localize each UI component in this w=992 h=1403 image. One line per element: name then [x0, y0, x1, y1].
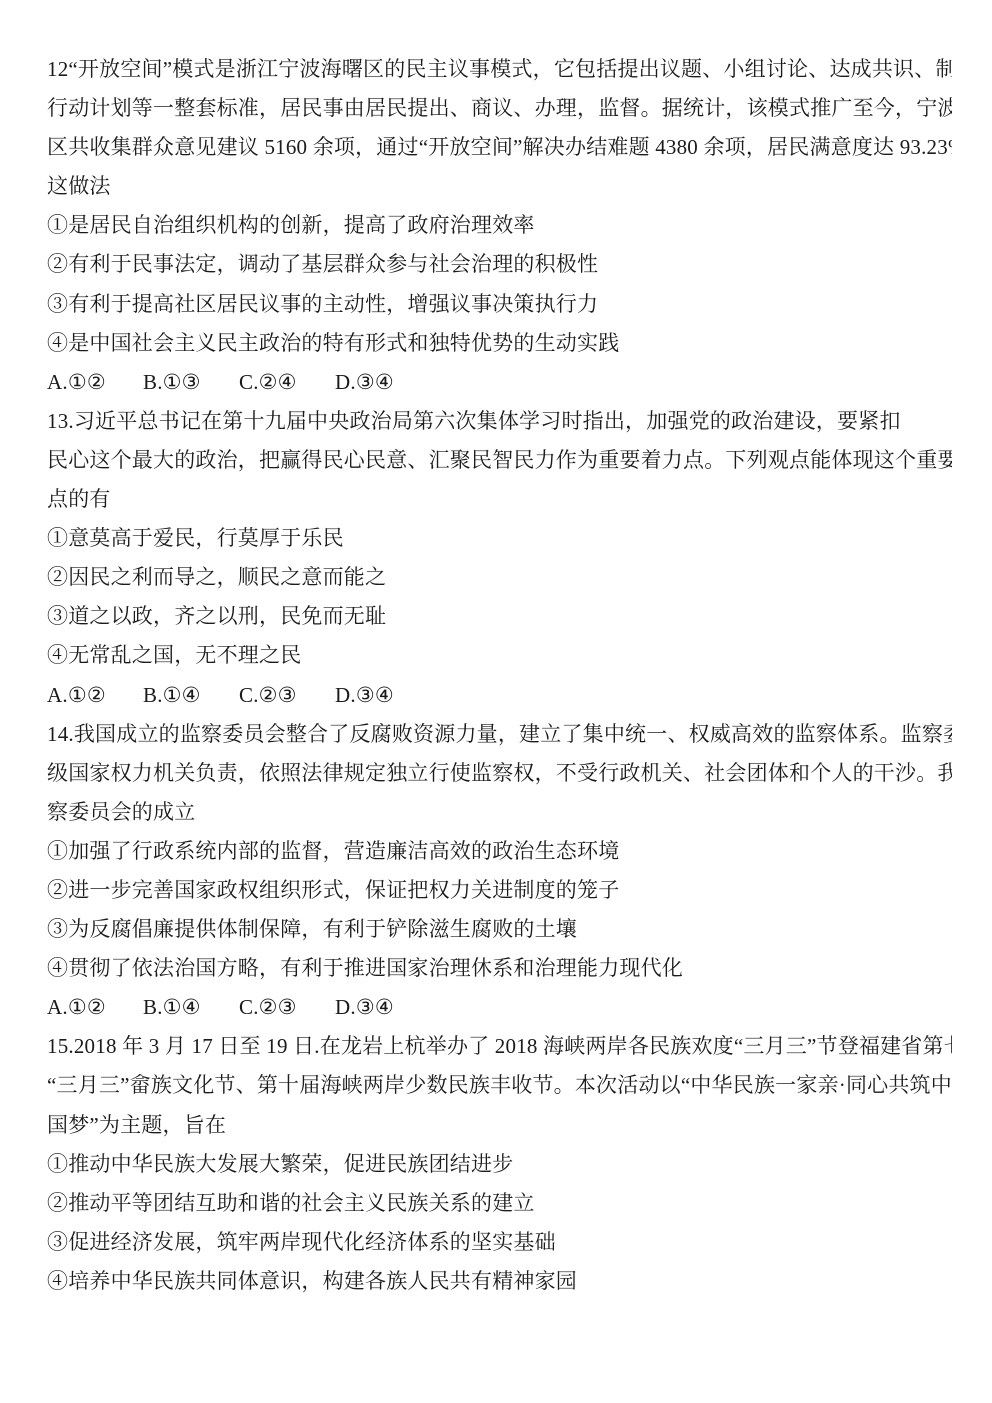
q13-choice-d: D.③④: [335, 676, 431, 715]
q12-choice-d: D.③④: [335, 363, 431, 402]
question-14: 14.我国成立的监察委员会整合了反腐败资源力量，建立了集中统一、权威高效的监察体…: [47, 715, 952, 1028]
q13-statement-1: ①意莫高于爱民，行莫厚于乐民: [47, 519, 952, 558]
q14-choice-c: C.②③: [239, 988, 335, 1027]
q15-statement-1: ①推动中华民族大发展大繁荣，促进民族团结进步: [47, 1145, 952, 1184]
q13-stem-line-2: 民心这个最大的政治，把赢得民心民意、汇聚民智民力作为重要着力点。下列观点能体现这…: [47, 441, 952, 480]
q14-statement-3: ③为反腐倡廉提供体制保障，有利于铲除滋生腐败的土壤: [47, 910, 952, 949]
q15-stem-line-3: 国梦”为主题，旨在: [47, 1106, 952, 1145]
question-13: 13.习近平总书记在第十九届中央政治局第六次集体学习时指出，加强党的政治建设，要…: [47, 402, 952, 715]
q14-statement-4: ④贯彻了依法治国方略，有利于推进国家治理休系和治理能力现代化: [47, 949, 952, 988]
q13-choice-c: C.②③: [239, 676, 335, 715]
q13-statement-2: ②因民之利而导之，顺民之意而能之: [47, 558, 952, 597]
q13-stem-line-1: 13.习近平总书记在第十九届中央政治局第六次集体学习时指出，加强党的政治建设，要…: [47, 402, 952, 441]
q14-statement-1: ①加强了行政系统内部的监督，营造廉洁高效的政治生态环境: [47, 832, 952, 871]
q12-choice-c: C.②④: [239, 363, 335, 402]
q12-stem-line-1: 12“开放空间”模式是浙江宁波海曙区的民主议事模式，它包括提出议题、小组讨论、达…: [47, 50, 952, 89]
q12-statement-4: ④是中国社会主义民主政治的特有形式和独特优势的生动实践: [47, 324, 952, 363]
q12-stem-line-2: 行动计划等一整套标准，居民事由居民提出、商议、办理，监督。据统计，该模式推广至今…: [47, 89, 952, 128]
q14-choice-d: D.③④: [335, 988, 431, 1027]
question-15: 15.2018 年 3 月 17 日至 19 日.在龙岩上杭举办了 2018 海…: [47, 1027, 952, 1301]
q13-choice-a: A.①②: [47, 676, 143, 715]
q12-statement-1: ①是居民自治组织机构的创新，提高了政府治理效率: [47, 206, 952, 245]
q13-statement-3: ③道之以政，齐之以刑，民免而无耻: [47, 597, 952, 636]
q12-statement-2: ②有利于民事法定，调动了基层群众参与社会治理的积极性: [47, 245, 952, 284]
q12-choice-a: A.①②: [47, 363, 143, 402]
q13-choice-b: B.①④: [143, 676, 239, 715]
q14-stem-line-3: 察委员会的成立: [47, 793, 952, 832]
q14-answer-choices: A.①② B.①④ C.②③ D.③④: [47, 988, 952, 1027]
q15-statement-2: ②推动平等团结互助和谐的社会主义民族关系的建立: [47, 1184, 952, 1223]
q13-answer-choices: A.①② B.①④ C.②③ D.③④: [47, 676, 952, 715]
q14-statement-2: ②进一步完善国家政权组织形式，保证把权力关进制度的笼子: [47, 871, 952, 910]
q15-stem-line-2: “三月三”畲族文化节、第十届海峡两岸少数民族丰收节。本次活动以“中华民族一家亲·…: [47, 1066, 952, 1105]
q15-stem-line-1: 15.2018 年 3 月 17 日至 19 日.在龙岩上杭举办了 2018 海…: [47, 1027, 952, 1066]
q12-stem-line-3: 区共收集群众意见建议 5160 余项，通过“开放空间”解决办结难题 4380 余…: [47, 128, 952, 167]
q15-statement-4: ④培养中华民族共同体意识，构建各族人民共有精神家园: [47, 1262, 952, 1301]
q14-choice-b: B.①④: [143, 988, 239, 1027]
q12-choice-b: B.①③: [143, 363, 239, 402]
q12-statement-3: ③有利于提高社区居民议事的主动性，增强议事决策执行力: [47, 285, 952, 324]
exam-page: 12“开放空间”模式是浙江宁波海曙区的民主议事模式，它包括提出议题、小组讨论、达…: [0, 0, 992, 1403]
q12-answer-choices: A.①② B.①③ C.②④ D.③④: [47, 363, 952, 402]
q12-stem-line-4: 这做法: [47, 167, 952, 206]
q13-stem-line-3: 点的有: [47, 480, 952, 519]
q15-statement-3: ③促进经济发展，筑牢两岸现代化经济体系的坚实基础: [47, 1223, 952, 1262]
q13-statement-4: ④无常乱之国，无不理之民: [47, 636, 952, 675]
q14-stem-line-1: 14.我国成立的监察委员会整合了反腐败资源力量，建立了集中统一、权威高效的监察体…: [47, 715, 952, 754]
q14-stem-line-2: 级国家权力机关负责，依照法律规定独立行使监察权，不受行政机关、社会团体和个人的干…: [47, 754, 952, 793]
q14-choice-a: A.①②: [47, 988, 143, 1027]
question-12: 12“开放空间”模式是浙江宁波海曙区的民主议事模式，它包括提出议题、小组讨论、达…: [47, 50, 952, 402]
